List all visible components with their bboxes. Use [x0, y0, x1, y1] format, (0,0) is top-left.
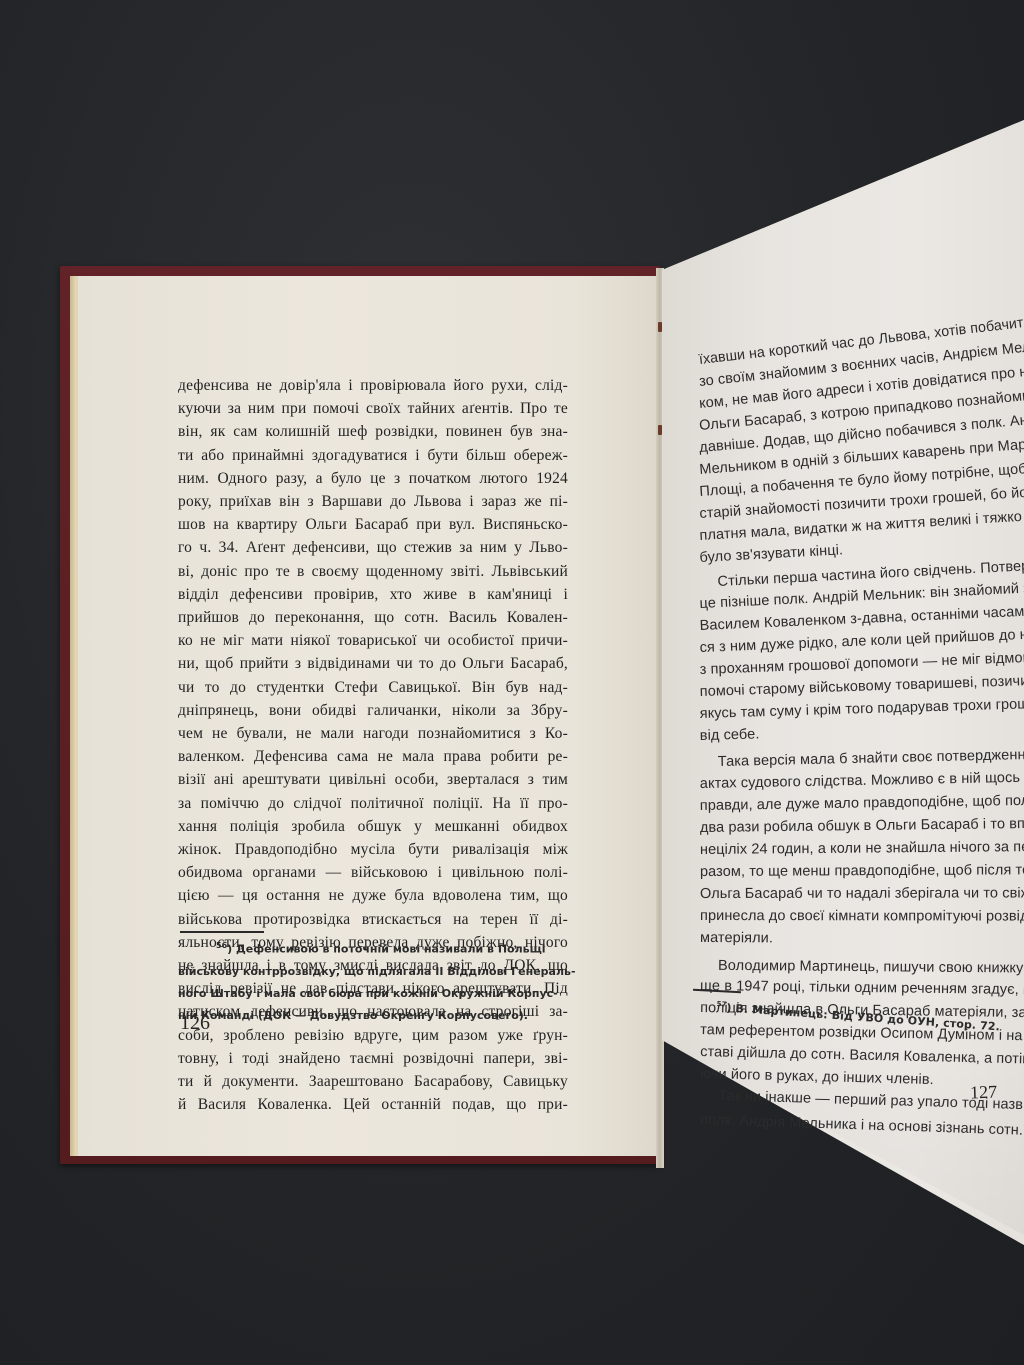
text-line: дефенсива не довір'яла і провірювала йог…	[178, 374, 568, 397]
text-line: прийшов до переконання, що сотн. Василь …	[178, 606, 568, 629]
text-line: неціліх 24 годин, а коли не знайшла нічо…	[700, 839, 1024, 858]
text-line: ни, щоб прийти з відвідинами чи то до Ол…	[178, 652, 568, 675]
text-line: року, приїхав він з Варшави до Львова і …	[178, 490, 568, 513]
text-line: го ч. 34. Аґент дефенсиви, що стежив за …	[178, 536, 568, 559]
text-line: принесла до своєї кімнати компромітуючі …	[700, 908, 1024, 925]
footnote-number: 56	[216, 941, 227, 950]
binding-thread	[658, 322, 662, 332]
text-line: соби, зроблено ревізію вдруге, цим разом…	[178, 1024, 568, 1047]
footnote-line: ній Команді (ДОК — Довудзтво Окренґу Кор…	[178, 1005, 570, 1027]
text-line: товну, і тоді знайдено таємні розвідочні…	[178, 1047, 568, 1070]
open-book: дефенсива не довір'яла і провірювала йог…	[0, 0, 1024, 1365]
footnote-line: ного Штабу і мала свої бюра при кожній О…	[178, 983, 570, 1005]
text-line: ти й документи. Заарештовано Басарабову,…	[178, 1070, 568, 1093]
text-line: він, як сам колишній шеф розвідки, повин…	[178, 420, 568, 443]
footnote-line: 56) Дефенсивою в поточній мові називали …	[178, 935, 570, 961]
text-line: військова протирозвідка втискається на т…	[178, 908, 568, 931]
text-line: ві, доніс про те в своєму щоденному звіт…	[178, 560, 568, 583]
text-line: ним. Одного разу, а було це з початком л…	[178, 467, 568, 490]
text-line: куючи за ним при помочі своїх тайних аґе…	[178, 397, 568, 420]
text-line: чем не бували, не мали нагоди познайомит…	[178, 722, 568, 745]
text-line: разом, то ще менш правдоподібне, щоб піс…	[700, 862, 1024, 880]
page-number-right: 127	[970, 1082, 998, 1104]
text-line: й Василя Коваленка. Цей останній подав, …	[178, 1093, 568, 1116]
footnote-line: військову контррозвідку, що підлягала II…	[178, 961, 570, 983]
text-line: хання поліція зробила обшук у мешканні о…	[178, 815, 568, 838]
text-line: Ольга Басараб чи то надалі зберігала чи …	[700, 885, 1024, 902]
text-line: обидвома органами — військовою і цивільн…	[178, 861, 568, 884]
text-line: шов на квартиру Ольги Басараб при вул. В…	[178, 513, 568, 536]
footnote-text: ) Дефенсивою в поточній мові називали в …	[227, 943, 545, 956]
text-line: від себе.	[700, 726, 760, 744]
text-line: за поміччю до слідчої політичної поліції…	[178, 792, 568, 815]
text-line: валенком. Дефенсива сама не мала права р…	[178, 745, 568, 768]
text-line: ти або принаймні здогадуватися і бути бі…	[178, 444, 568, 467]
text-line: жінок. Правдоподібно мусіла бути риваліз…	[178, 838, 568, 861]
footnote-number: 57	[716, 1000, 726, 1009]
text-line: матеріяли.	[700, 930, 773, 946]
binding-thread	[658, 425, 662, 435]
left-footnote: 56) Дефенсивою в поточній мові називали …	[178, 935, 570, 1027]
text-line: Володимир Мартинець, пишучи свою книжку5…	[718, 956, 1024, 977]
text-line: цією — ця остання не дуже була вдоволена…	[178, 884, 568, 907]
text-line: візії ані арештувати цивільні особи, зве…	[178, 768, 568, 791]
footnote-rule	[180, 931, 264, 933]
text-span: Володимир Мартинець, пишучи свою книжку	[718, 958, 1024, 977]
text-line: відділ дефенсиви провірив, хто живе в ка…	[178, 583, 568, 606]
text-line: чи то до студентки Стефи Савицької. Він …	[178, 676, 568, 699]
page-number-left: 126	[180, 1012, 210, 1035]
text-line: дніпрянець, вони обидві галичанки, нікол…	[178, 699, 568, 722]
text-line: ко не міг мати ніякої товариської чи осо…	[178, 629, 568, 652]
